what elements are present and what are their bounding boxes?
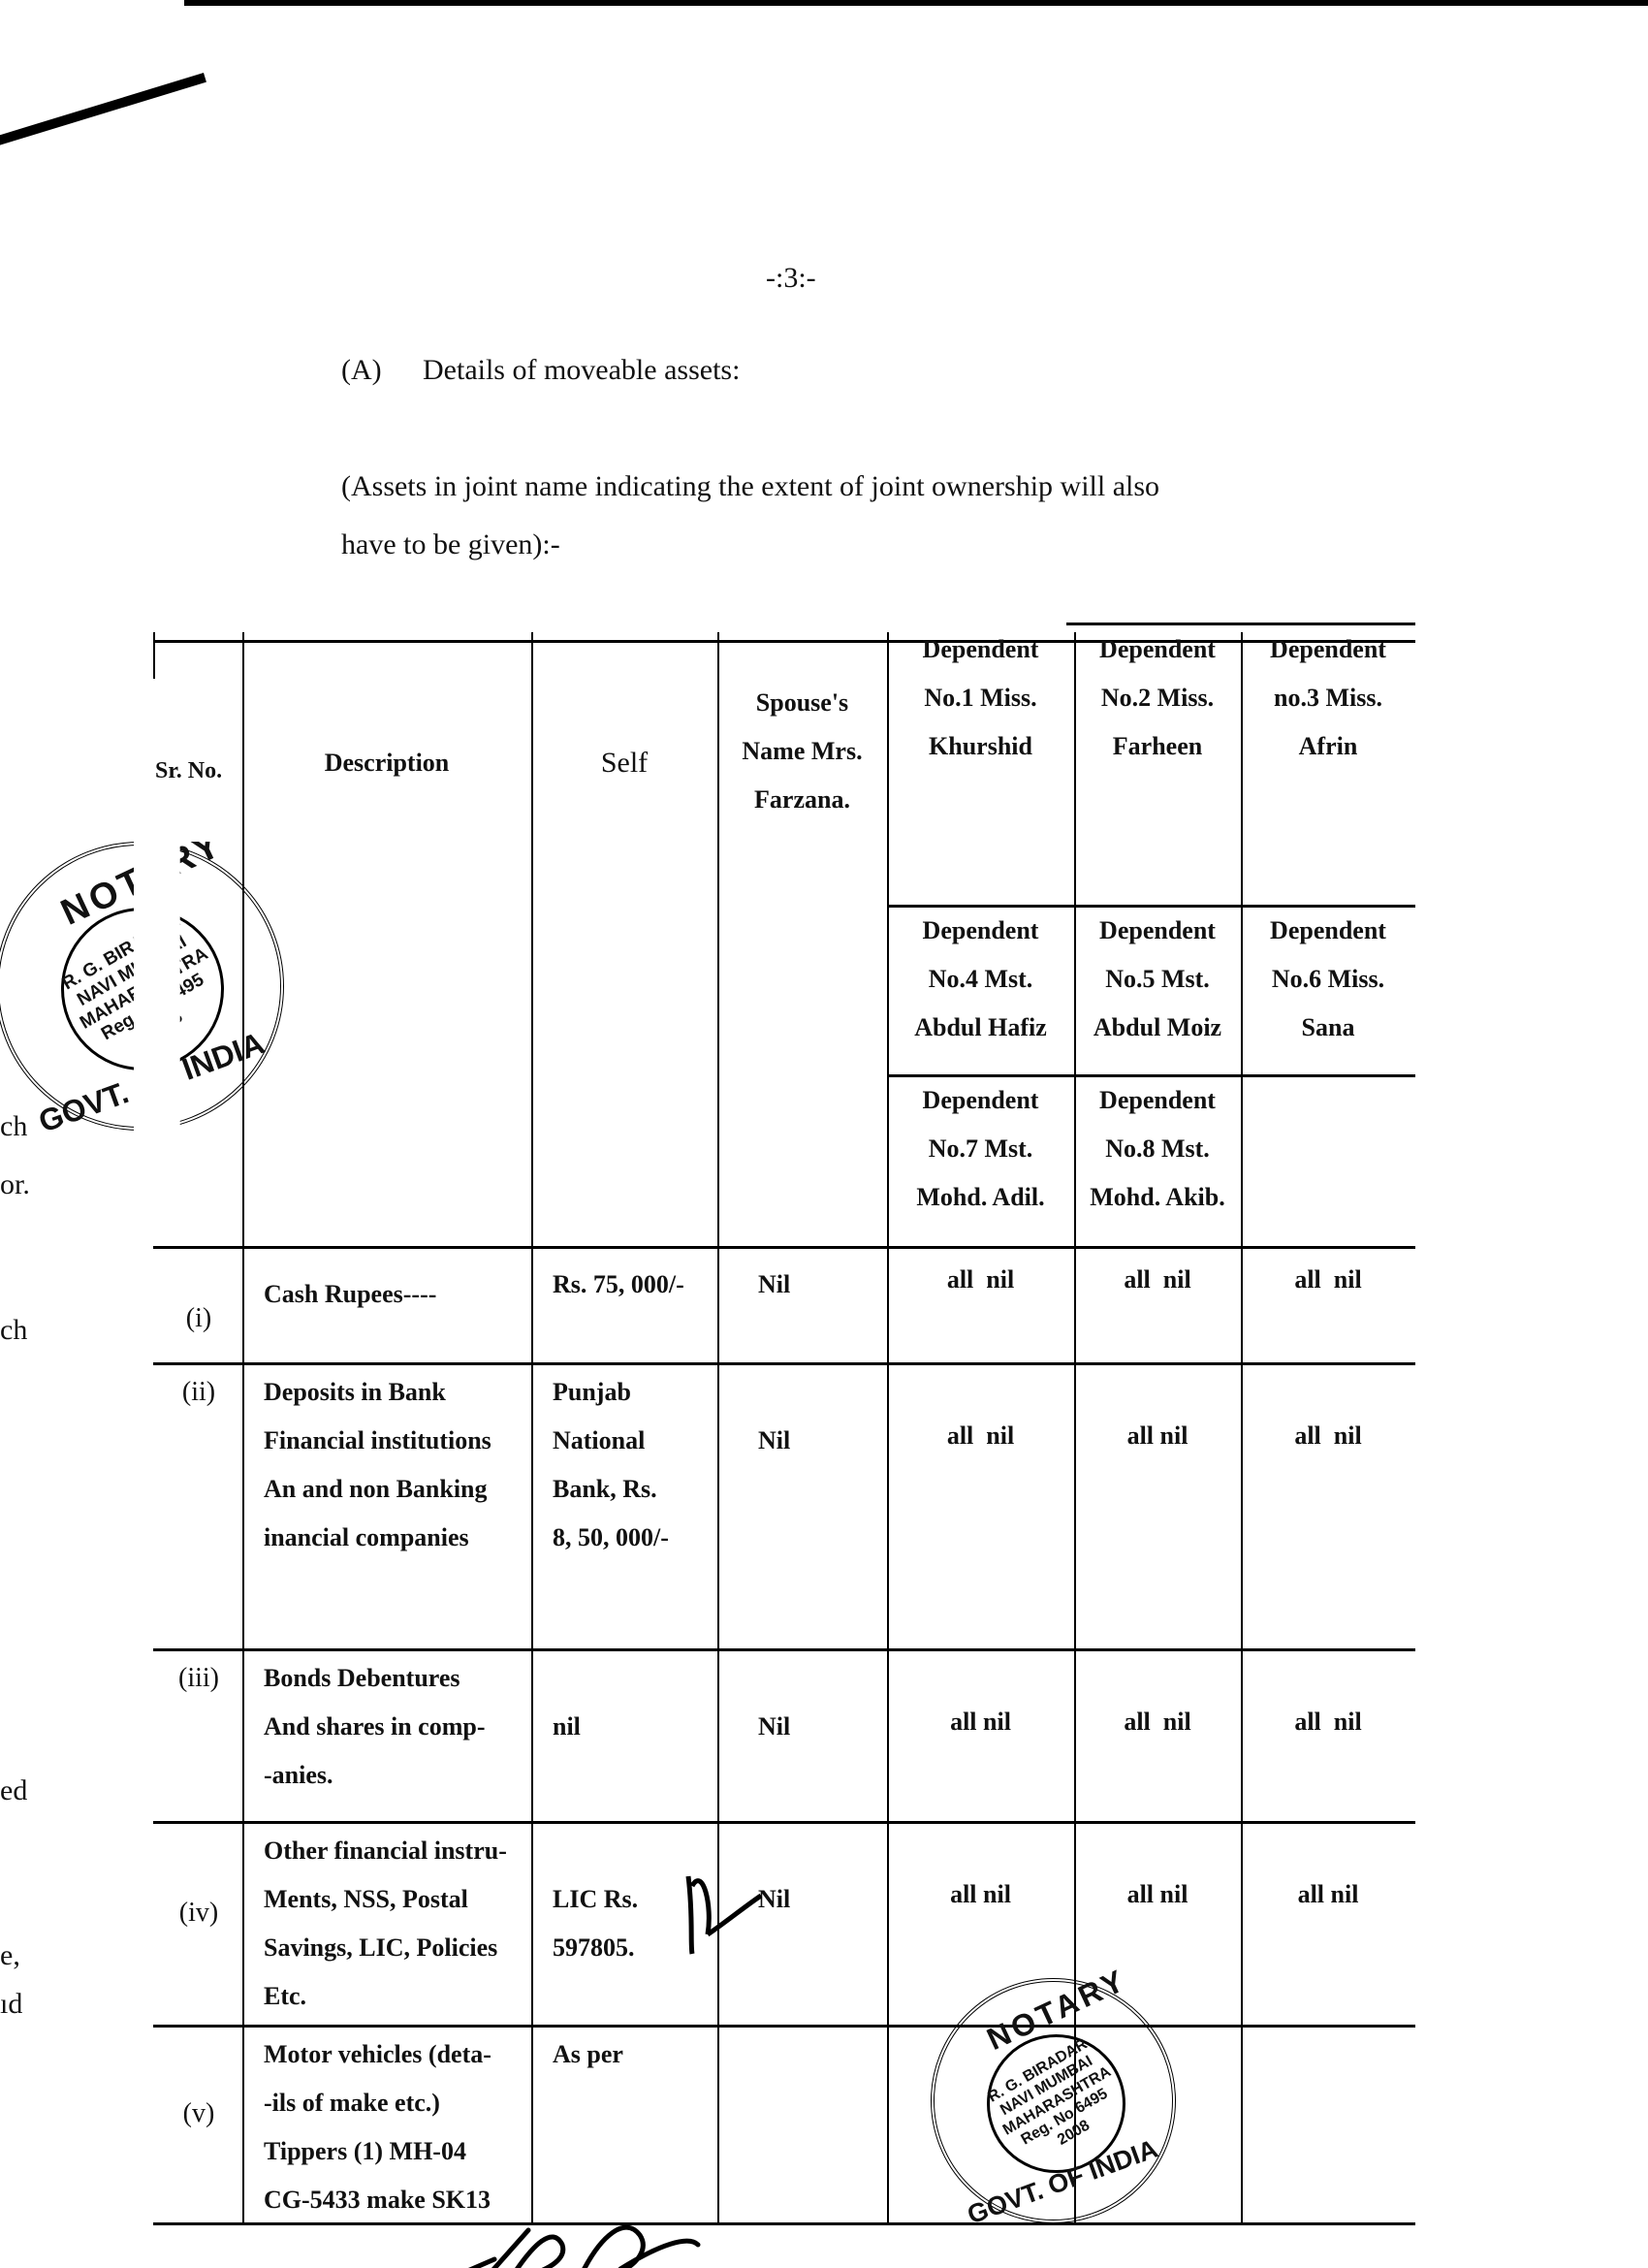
- header-dependent-line: No.5 Mst.: [1078, 955, 1237, 1004]
- row-sr-no: (v): [155, 2090, 242, 2138]
- header-dependent: DependentNo.1 Miss.Khurshid: [891, 625, 1070, 771]
- stamp-top-text: NOTARY: [54, 822, 229, 934]
- row-spouse: Nil: [758, 1875, 874, 1924]
- header-dependent-line: Dependent: [891, 907, 1070, 955]
- header-dependent-line: Mohd. Adil.: [891, 1173, 1070, 1222]
- page-number: -:3:-: [766, 262, 816, 295]
- header-spouse-line: Name Mrs.: [717, 727, 887, 776]
- signature-initials: [679, 1857, 766, 1964]
- row-description-line: Motor vehicles (deta-: [264, 2030, 530, 2079]
- row-dependent-value: all nil: [1074, 1256, 1241, 1304]
- row-dependent-value: all nil: [887, 1698, 1074, 1746]
- row-self-line: Punjab: [553, 1368, 717, 1417]
- section-label: (A): [341, 354, 423, 387]
- row-description-line: Ments, NSS, Postal: [264, 1875, 530, 1924]
- header-dependent-line: No.4 Mst.: [891, 955, 1070, 1004]
- header-dependent: DependentNo.4 Mst.Abdul Hafiz: [891, 907, 1070, 1052]
- table-rule: [153, 1648, 1415, 1651]
- row-dependent-value: all nil: [1074, 1698, 1241, 1746]
- row-spouse: Nil: [758, 1703, 874, 1751]
- row-description-line: -ils of make etc.): [264, 2079, 530, 2127]
- row-description-line: Bonds Debentures: [264, 1654, 530, 1703]
- header-dependent: Dependentno.3 Miss.Afrin: [1245, 625, 1411, 771]
- section-note: (Assets in joint name indicating the ext…: [341, 458, 1311, 574]
- table-rule: [717, 632, 719, 2222]
- notary-stamp-left: NOTARYGOVT. OF INDIAR. G. BIRADARNAVI MU…: [0, 842, 284, 1131]
- header-dependent-line: Sana: [1245, 1004, 1411, 1052]
- stamp-bottom-text: GOVT. OF INDIA: [34, 1025, 269, 1139]
- header-dependent-line: Dependent: [1078, 1076, 1237, 1125]
- section-title: Details of moveable assets:: [423, 354, 740, 386]
- header-dependent-line: Abdul Moiz: [1078, 1004, 1237, 1052]
- margin-fragment: e,: [0, 1939, 20, 1972]
- row-spouse: Nil: [758, 1261, 874, 1309]
- header-dependent: DependentNo.8 Mst.Mohd. Akib.: [1078, 1076, 1237, 1222]
- row-self-line: nil: [553, 1703, 717, 1751]
- signature: [456, 2216, 766, 2268]
- header-self: Self: [531, 739, 717, 787]
- row-description-line: Etc.: [264, 1972, 530, 2021]
- row-dependent-value: all nil: [1074, 1412, 1241, 1460]
- header-description: Description: [242, 739, 531, 787]
- notary-stamp-bottom: NOTARYGOVT. OF INDIAR. G. BIRADARNAVI MU…: [931, 1978, 1176, 2223]
- header-dependent-line: Dependent: [1078, 625, 1237, 674]
- header-dependent: DependentNo.6 Miss.Sana: [1245, 907, 1411, 1052]
- row-description: Other financial instru-Ments, NSS, Posta…: [264, 1827, 530, 2021]
- row-description-line: Savings, LIC, Policies: [264, 1924, 530, 1972]
- row-self: Rs. 75, 000/-: [553, 1261, 717, 1309]
- table-rule: [153, 1821, 1415, 1824]
- header-spouse-line: Farzana.: [717, 776, 887, 824]
- table-rule: [153, 1362, 1415, 1365]
- row-dependent-value: all nil: [1241, 1412, 1415, 1460]
- row-description-line: -anies.: [264, 1751, 530, 1800]
- row-description-line: inancial companies: [264, 1514, 530, 1562]
- row-description-line: Financial institutions: [264, 1417, 530, 1465]
- header-dependent-line: Afrin: [1245, 722, 1411, 771]
- section-heading: (A)Details of moveable assets:: [341, 354, 740, 387]
- header-dependent-line: Dependent: [891, 625, 1070, 674]
- row-description-line: An and non Banking: [264, 1465, 530, 1514]
- row-dependent-value: all nil: [1241, 1256, 1415, 1304]
- note-line: (Assets in joint name indicating the ext…: [341, 458, 1311, 516]
- header-sr-no: Sr. No.: [155, 747, 242, 795]
- header-dependent-line: no.3 Miss.: [1245, 674, 1411, 722]
- row-description: Motor vehicles (deta--ils of make etc.)T…: [264, 2030, 530, 2224]
- header-spouse: Spouse'sName Mrs.Farzana.: [717, 679, 887, 824]
- margin-fragment: ch: [0, 1110, 27, 1143]
- table-rule: [531, 632, 533, 2222]
- row-description: Cash Rupees----: [264, 1270, 530, 1319]
- header-dependent-line: Khurshid: [891, 722, 1070, 771]
- row-description: Deposits in BankFinancial institutionsAn…: [264, 1368, 530, 1562]
- row-description: Bonds DebenturesAnd shares in comp--anie…: [264, 1654, 530, 1800]
- row-self-line: As per: [553, 2030, 717, 2079]
- scan-corner-edge: [0, 73, 206, 150]
- row-dependent-value: all nil: [1074, 1870, 1241, 1919]
- row-sr-no: (iv): [155, 1889, 242, 1937]
- header-dependent-line: No.8 Mst.: [1078, 1125, 1237, 1173]
- margin-fragment: ıd: [0, 1988, 22, 2021]
- row-self-line: Bank, Rs.: [553, 1465, 717, 1514]
- row-description-line: Cash Rupees----: [264, 1270, 530, 1319]
- row-description-line: Tippers (1) MH-04: [264, 2127, 530, 2176]
- header-dependent-line: Abdul Hafiz: [891, 1004, 1070, 1052]
- row-dependent-value: all nil: [887, 1870, 1074, 1919]
- header-dependent-line: No.6 Miss.: [1245, 955, 1411, 1004]
- header-dependent-line: Dependent: [1245, 625, 1411, 674]
- header-spouse-line: Spouse's: [717, 679, 887, 727]
- margin-fragment: ch: [0, 1314, 27, 1347]
- table-rule: [153, 1246, 1415, 1249]
- table-rule: [242, 632, 244, 2222]
- header-dependent-line: No.7 Mst.: [891, 1125, 1070, 1173]
- header-dependent-line: Dependent: [1245, 907, 1411, 955]
- table-rule: [153, 632, 155, 679]
- header-dependent-line: No.1 Miss.: [891, 674, 1070, 722]
- row-description-line: Other financial instru-: [264, 1827, 530, 1875]
- row-dependent-value: all nil: [887, 1256, 1074, 1304]
- header-dependent-line: Dependent: [1078, 907, 1237, 955]
- header-dependent-line: Mohd. Akib.: [1078, 1173, 1237, 1222]
- row-sr-no: (i): [155, 1294, 242, 1343]
- row-dependent-value: all nil: [1241, 1870, 1415, 1919]
- row-self-line: National: [553, 1417, 717, 1465]
- row-self-line: 8, 50, 000/-: [553, 1514, 717, 1562]
- row-description-line: And shares in comp-: [264, 1703, 530, 1751]
- row-spouse: Nil: [758, 1417, 874, 1465]
- row-sr-no: (ii): [155, 1368, 242, 1417]
- scan-top-edge: [184, 0, 1648, 6]
- row-self: PunjabNationalBank, Rs.8, 50, 000/-: [553, 1368, 717, 1562]
- header-dependent: DependentNo.7 Mst.Mohd. Adil.: [891, 1076, 1070, 1222]
- table-rule: [153, 2025, 1415, 2028]
- row-self-line: Rs. 75, 000/-: [553, 1261, 717, 1309]
- row-sr-no: (iii): [155, 1654, 242, 1703]
- header-dependent-line: Farheen: [1078, 722, 1237, 771]
- margin-fragment: or.: [0, 1168, 30, 1201]
- header-dependent-line: No.2 Miss.: [1078, 674, 1237, 722]
- header-dependent-line: Dependent: [891, 1076, 1070, 1125]
- header-dependent: DependentNo.5 Mst.Abdul Moiz: [1078, 907, 1237, 1052]
- row-self: As per: [553, 2030, 717, 2079]
- row-dependent-value: all nil: [1241, 1698, 1415, 1746]
- row-dependent-value: all nil: [887, 1412, 1074, 1460]
- row-self: nil: [553, 1703, 717, 1751]
- header-dependent: DependentNo.2 Miss.Farheen: [1078, 625, 1237, 771]
- row-description-line: Deposits in Bank: [264, 1368, 530, 1417]
- note-line: have to be given):-: [341, 516, 1311, 574]
- margin-fragment: ed: [0, 1774, 27, 1807]
